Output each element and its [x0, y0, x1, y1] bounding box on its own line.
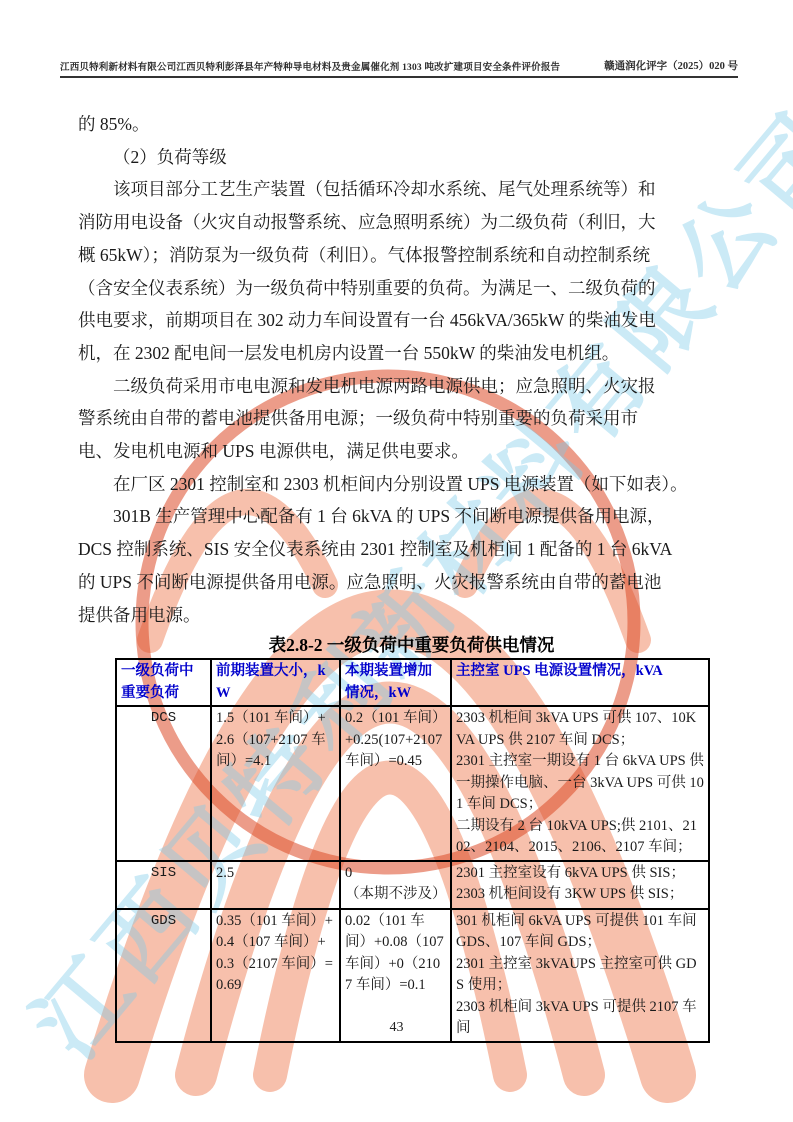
body-line: 电、发电机电源和 UPS 电源供电，满足供电要求。	[78, 435, 720, 468]
header-report-title: 江西贝特利新材料有限公司江西贝特利彭泽县年产特种导电材料及贵金属催化剂 1303…	[60, 59, 560, 73]
body-line: 的 UPS 不间断电源提供备用电源。应急照明、火灾报警系统由自带的蓄电池	[78, 566, 720, 599]
body-line: 供电要求，前期项目在 302 动力车间设置有一台 456kVA/365kW 的柴…	[78, 304, 720, 337]
table-title: 表2.8-2 一级负荷中重要负荷供电情况	[115, 632, 708, 657]
cell-current: 0 （本期不涉及）	[340, 861, 451, 909]
load-supply-table: 一级负荷中重要负荷 前期装置大小，kW 本期装置增加情况，kW 主控室 UPS …	[115, 658, 710, 1043]
document-page: 江西贝特利新材料有限公司 江西贝特利新材料有限公司江西贝特利彭泽县年产特种导电材…	[0, 0, 793, 1122]
body-line: 提供备用电源。	[78, 599, 720, 632]
page-header: 江西贝特利新材料有限公司江西贝特利彭泽县年产特种导电材料及贵金属催化剂 1303…	[60, 58, 738, 78]
cell-load: SIS	[116, 861, 211, 909]
column-header-current: 本期装置增加情况，kW	[340, 659, 451, 706]
column-header-load: 一级负荷中重要负荷	[116, 659, 211, 706]
body-text: 的 85%。 （2）负荷等级 该项目部分工艺生产装置（包括循环冷却水系统、尾气处…	[78, 108, 720, 631]
page-number: 43	[0, 1020, 793, 1036]
table-row: SIS 2.5 0 （本期不涉及） 2301 主控室设有 6kVA UPS 供 …	[116, 861, 709, 909]
body-line: DCS 控制系统、SIS 安全仪表系统由 2301 控制室及机柜间 1 配备的 …	[78, 533, 720, 566]
body-line: 301B 生产管理中心配备有 1 台 6kVA 的 UPS 不间断电源提供备用电…	[78, 500, 720, 533]
header-document-number: 赣通润化评字（2025）020 号	[604, 58, 738, 73]
column-header-previous: 前期装置大小，kW	[211, 659, 340, 706]
body-line: 该项目部分工艺生产装置（包括循环冷却水系统、尾气处理系统等）和	[78, 173, 720, 206]
body-line: （2）负荷等级	[78, 141, 720, 174]
cell-ups: 2303 机柜间 3kVA UPS 可供 107、10KVA UPS 供 210…	[451, 706, 709, 861]
body-line: 二级负荷采用市电电源和发电机电源两路电源供电；应急照明、火灾报	[78, 370, 720, 403]
cell-previous: 1.5（101 车间）+2.6（107+2107 车间）=4.1	[211, 706, 340, 861]
cell-previous: 2.5	[211, 861, 340, 909]
table-row: DCS 1.5（101 车间）+2.6（107+2107 车间）=4.1 0.2…	[116, 706, 709, 861]
body-line: 机，在 2302 配电间一层发电机房内设置一台 550kW 的柴油发电机组。	[78, 337, 720, 370]
cell-load: DCS	[116, 706, 211, 861]
body-line: （含安全仪表系统）为一级负荷中特别重要的负荷。为满足一、二级负荷的	[78, 272, 720, 305]
cell-current: 0.2（101 车间）+0.25(107+2107 车间）=0.45	[340, 706, 451, 861]
body-line: 消防用电设备（火灾自动报警系统、应急照明系统）为二级负荷（利旧，大	[78, 206, 720, 239]
body-line: 在厂区 2301 控制室和 2303 机柜间内分别设置 UPS 电源装置（如下如…	[78, 468, 720, 501]
column-header-ups: 主控室 UPS 电源设置情况，kVA	[451, 659, 709, 706]
cell-ups: 2301 主控室设有 6kVA UPS 供 SIS； 2303 机柜间设有 3K…	[451, 861, 709, 909]
body-line: 警系统由自带的蓄电池提供备用电源；一级负荷中特别重要的负荷采用市	[78, 402, 720, 435]
table-header-row: 一级负荷中重要负荷 前期装置大小，kW 本期装置增加情况，kW 主控室 UPS …	[116, 659, 709, 706]
body-line: 的 85%。	[78, 108, 720, 141]
body-line: 概 65kW）；消防泵为一级负荷（利旧）。气体报警控制系统和自动控制系统	[78, 239, 720, 272]
